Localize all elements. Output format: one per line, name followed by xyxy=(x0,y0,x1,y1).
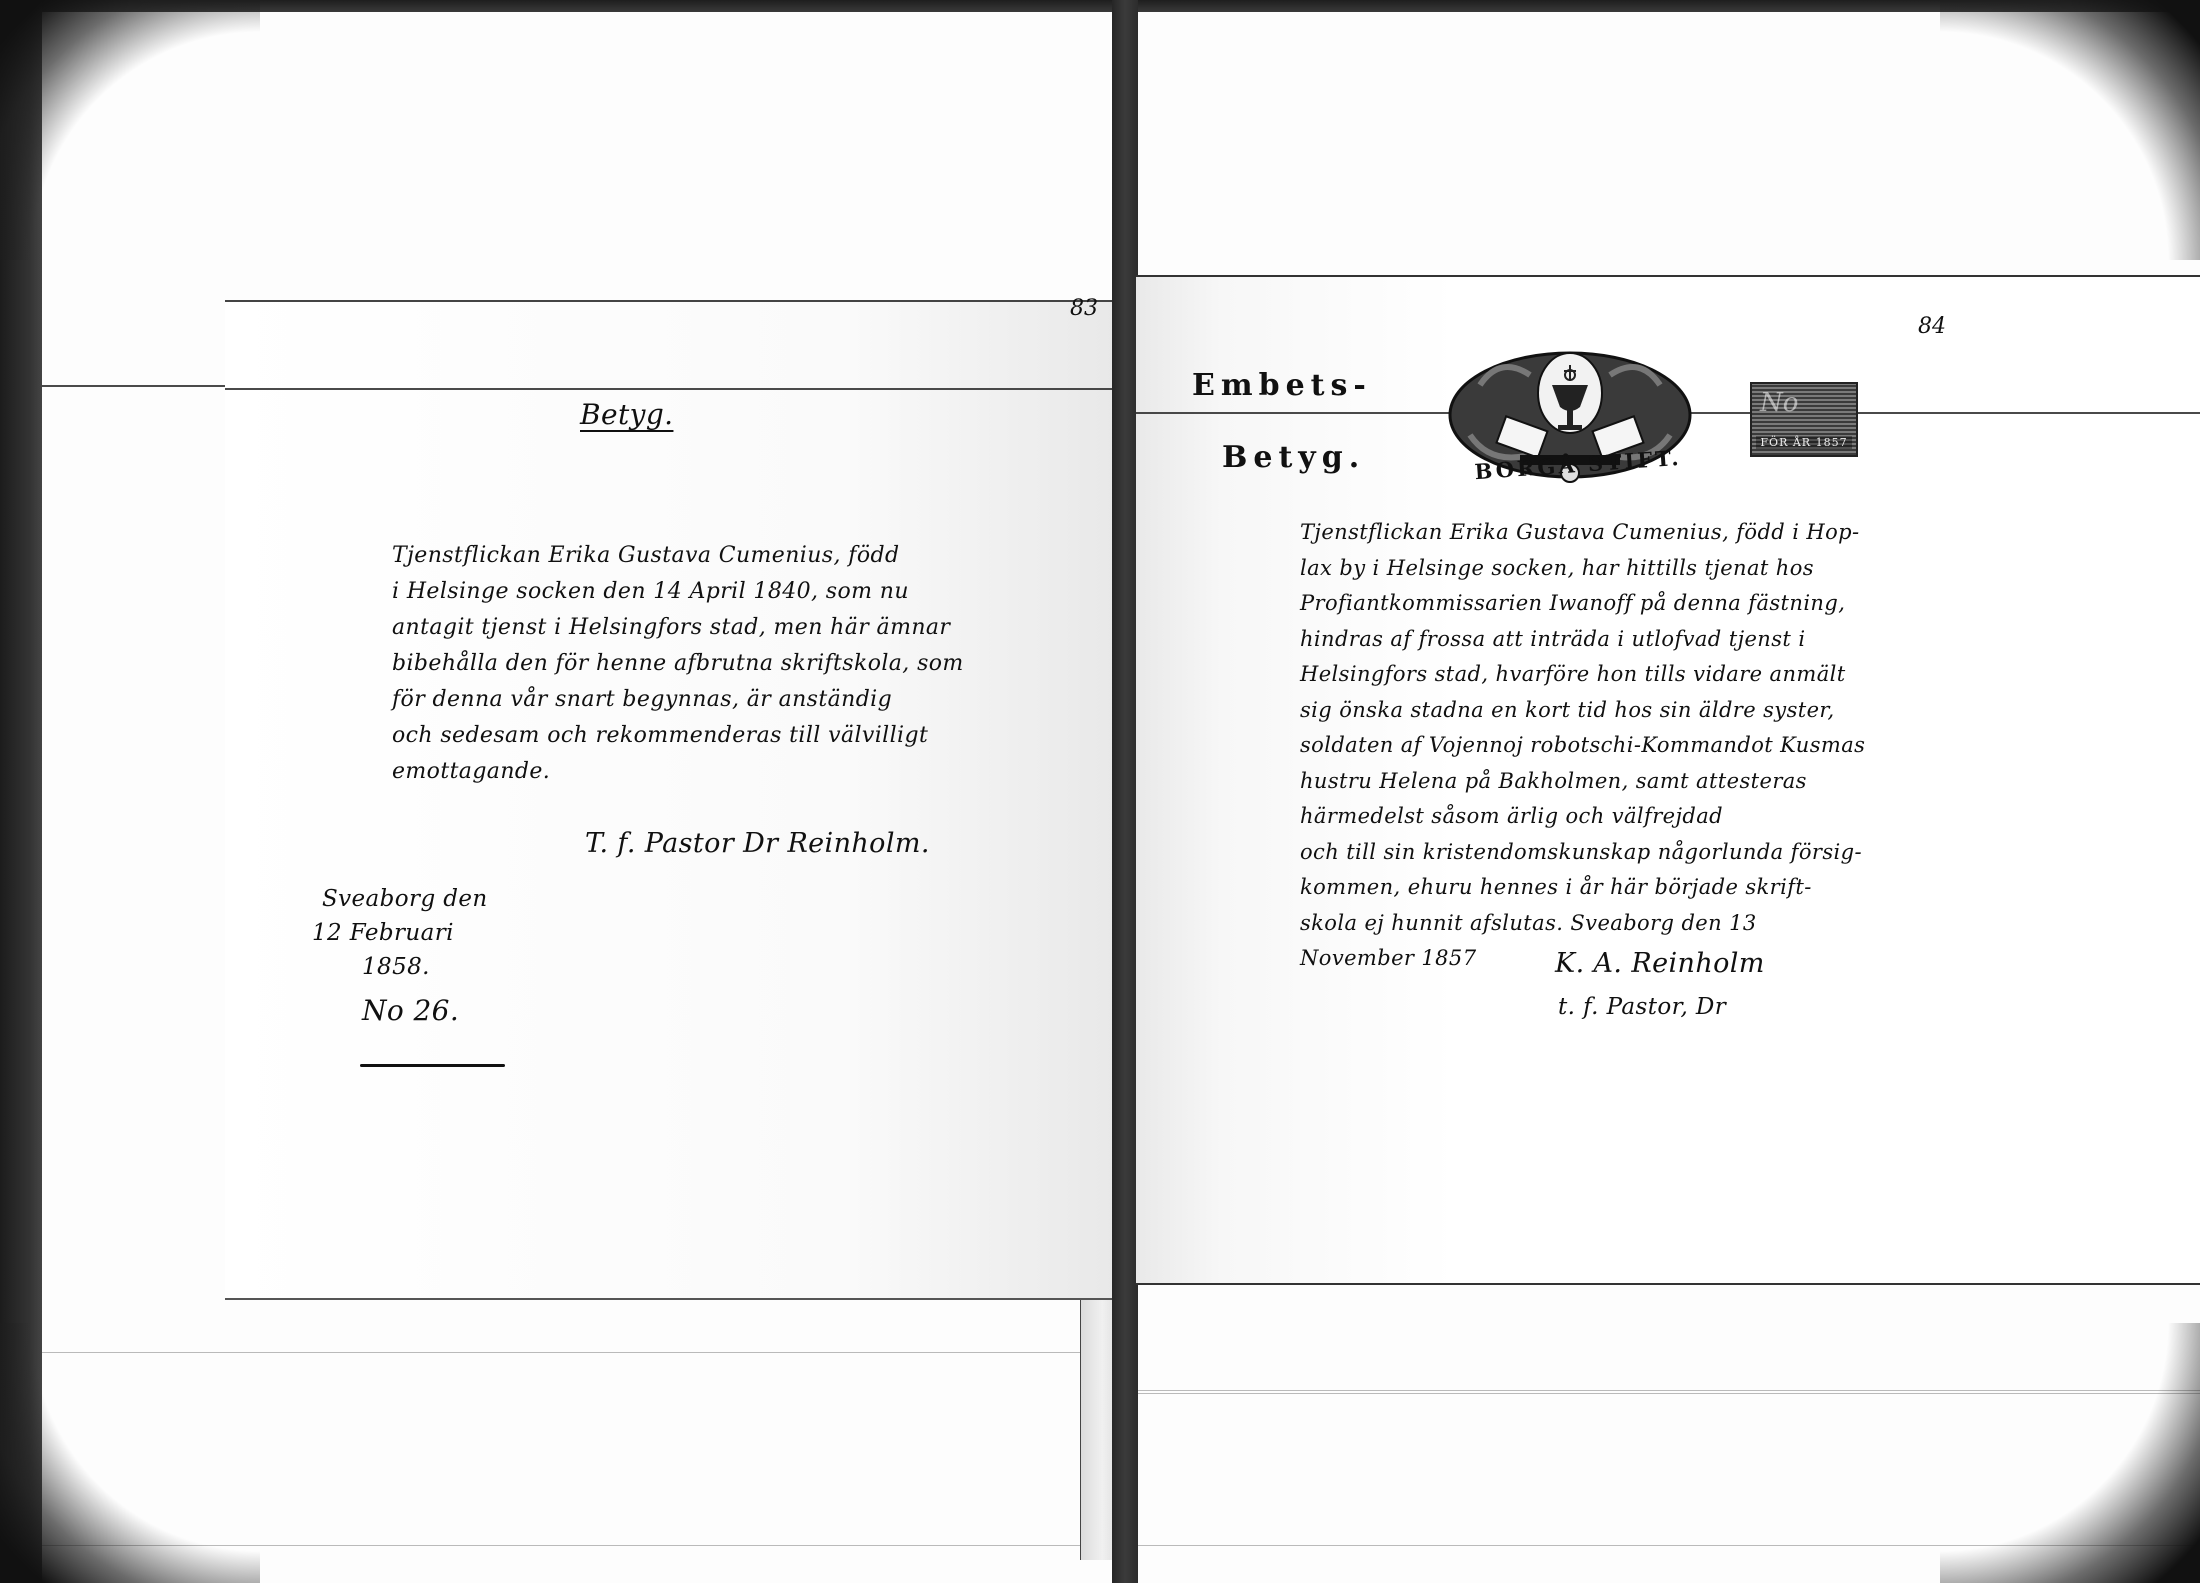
text-line: för denna vår snart begynnas, är anständ… xyxy=(392,682,1112,718)
form-title-text: Betyg. xyxy=(1222,440,1365,475)
scan-vignette xyxy=(1940,0,2200,260)
left-heading: Betyg. xyxy=(580,398,673,431)
text-line: Profiantkommissarien Iwanoff på denna fä… xyxy=(1300,586,2020,622)
text-line: soldaten af Vojennoj robotschi-Kommandot… xyxy=(1300,728,2020,764)
text-line: bibehålla den för henne afbrutna skrifts… xyxy=(392,646,1112,682)
text-line: antagit tjenst i Helsingfors stad, men h… xyxy=(392,610,1112,646)
ruled-line xyxy=(42,1352,1112,1353)
left-signature: T. f. Pastor Dr Reinholm. xyxy=(585,828,930,859)
ruled-line xyxy=(1136,1390,2200,1391)
form-title-line1: Embets- xyxy=(1192,368,1372,403)
scanned-document: 83 84 Betyg. Tjenstflickan Erika Gustava… xyxy=(0,0,2200,1583)
right-body-text: Tjenstflickan Erika Gustava Cumenius, fö… xyxy=(1300,515,2020,977)
text-line: hustru Helena på Bakholmen, samt atteste… xyxy=(1300,764,2020,800)
form-title-line2: Betyg. xyxy=(1222,440,1365,475)
left-page xyxy=(225,300,1120,1300)
scan-vignette xyxy=(1940,1323,2200,1583)
stamp-year-label: FÖR ÅR 1857 xyxy=(1756,436,1852,449)
margin-place: Sveaborg den xyxy=(322,882,488,916)
right-page-number: 84 xyxy=(1918,314,1946,339)
right-signature-name: K. A. Reinholm xyxy=(1555,948,1765,979)
ruled-line xyxy=(1136,1393,2200,1394)
margin-date: 12 Februari xyxy=(312,916,488,950)
form-stamp: No FÖR ÅR 1857 xyxy=(1750,382,1858,457)
stamp-number-label: No xyxy=(1760,388,1798,418)
text-line: Tjenstflickan Erika Gustava Cumenius, fö… xyxy=(392,538,1112,574)
margin-year: 1858. xyxy=(362,950,488,984)
text-line: lax by i Helsinge socken, har hittills t… xyxy=(1300,551,2020,587)
text-line: härmedelst såsom ärlig och välfrejdad xyxy=(1300,799,2020,835)
text-line: och till sin kristendomskunskap någorlun… xyxy=(1300,835,2020,871)
scan-edge-top xyxy=(0,0,2200,12)
book-gutter xyxy=(1112,0,1138,1583)
text-line: i Helsinge socken den 14 April 1840, som… xyxy=(392,574,1112,610)
text-line: Helsingfors stad, hvarföre hon tills vid… xyxy=(1300,657,2020,693)
right-signature-title: t. f. Pastor, Dr xyxy=(1558,990,1726,1024)
ruled-line xyxy=(225,388,1112,390)
number-underline xyxy=(360,1064,505,1067)
text-line: sig önska stadna en kort tid hos sin äld… xyxy=(1300,693,2020,729)
text-line: kommen, ehuru hennes i år här började sk… xyxy=(1300,870,2020,906)
text-line: hindras af frossa att inträda i utlofvad… xyxy=(1300,622,2020,658)
scan-edge-left xyxy=(0,0,42,1583)
margin-number: No 26. xyxy=(362,994,488,1028)
left-body-text: Tjenstflickan Erika Gustava Cumenius, fö… xyxy=(392,538,1112,790)
text-line: och sedesam och rekommenderas till välvi… xyxy=(392,718,1112,754)
text-line: skola ej hunnit afslutas. Sveaborg den 1… xyxy=(1300,906,2020,942)
left-page-number: 83 xyxy=(1070,296,1098,321)
text-line: Tjenstflickan Erika Gustava Cumenius, fö… xyxy=(1300,515,2020,551)
form-title-text: Embets- xyxy=(1192,368,1372,403)
margin-note: Sveaborg den 12 Februari 1858. No 26. xyxy=(322,882,488,1028)
text-line: emottagande. xyxy=(392,754,1112,790)
